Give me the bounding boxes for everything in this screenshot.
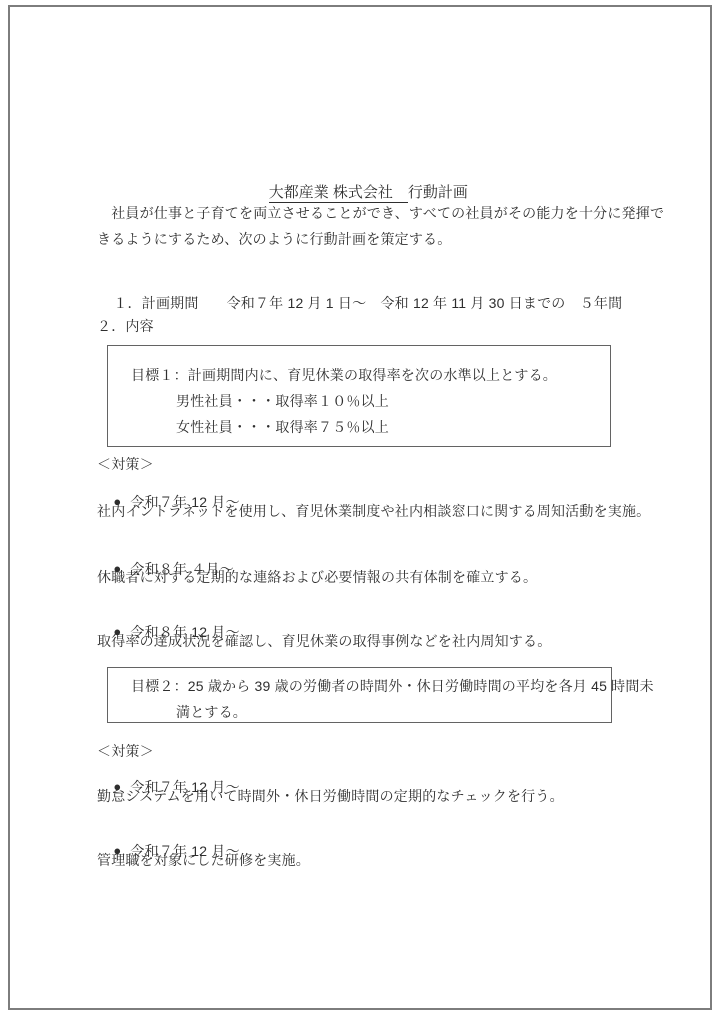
measures-header-2: ＜対策＞	[97, 743, 154, 759]
goal2-box: 目標２：25 歳から 39 歳の労働者の時間外・休日労働時間の平均を各月 45 …	[107, 667, 612, 723]
measure-action: 管理職を対象にした研修を実施。	[97, 852, 310, 868]
plan-period-value: 令和７年 12 月 1 日～ 令和 12 年 11 月 30 日までの ５年間	[227, 295, 623, 311]
measure-action: 取得率の達成状況を確認し、育児休業の取得事例などを社内周知する。	[97, 633, 551, 649]
company-name: 大都産業 株式会社	[269, 184, 408, 203]
measure-period: ●令和８年 12 月～	[97, 608, 240, 624]
document-page: 大都産業 株式会社 行動計画 社員が仕事と子育てを両立させることができ、すべての…	[8, 5, 712, 1010]
plan-period-row: １．計画期間令和７年 12 月 1 日～ 令和 12 年 11 月 30 日まで…	[97, 279, 622, 295]
measure-period: ●令和７年 12 月～	[97, 827, 240, 843]
intro-line-2: きるようにするため、次のように行動計画を策定する。	[97, 231, 451, 247]
content-section-label: ２．内容	[97, 318, 154, 334]
goal1-line-3: 女性社員・・・取得率７５％以上	[176, 414, 610, 440]
goal1-box: 目標１：計画期間内に、育児休業の取得率を次の水準以上とする。 男性社員・・・取得…	[107, 345, 611, 447]
measure-period: ●令和８年 ４月～	[97, 545, 234, 561]
goal2-line-1: 目標２：25 歳から 39 歳の労働者の時間外・休日労働時間の平均を各月 45 …	[131, 673, 611, 699]
goal1-line-1: 目標１：計画期間内に、育児休業の取得率を次の水準以上とする。	[131, 362, 610, 388]
measures-header-1: ＜対策＞	[97, 456, 154, 472]
plan-period-label: １．計画期間	[113, 295, 198, 311]
measure-action: 勤怠システムを用いて時間外・休日労働時間の定期的なチェックを行う。	[97, 788, 564, 804]
measure-action: 休職者に対する定期的な連絡および必要情報の共有体制を確立する。	[97, 569, 537, 585]
document-name: 行動計画	[408, 184, 468, 201]
goal2-line-2: 満とする。	[176, 699, 611, 725]
measure-action: 社内イントラネットを使用し、育児休業制度や社内相談窓口に関する周知活動を実施。	[97, 503, 650, 519]
measure-period: ●令和７年 12 月～	[97, 763, 240, 779]
intro-line-1: 社員が仕事と子育てを両立させることができ、すべての社員がその能力を十分に発揮で	[97, 205, 664, 221]
measure-period: ●令和７年 12 月～	[97, 478, 240, 494]
goal1-line-2: 男性社員・・・取得率１０％以上	[176, 388, 610, 414]
